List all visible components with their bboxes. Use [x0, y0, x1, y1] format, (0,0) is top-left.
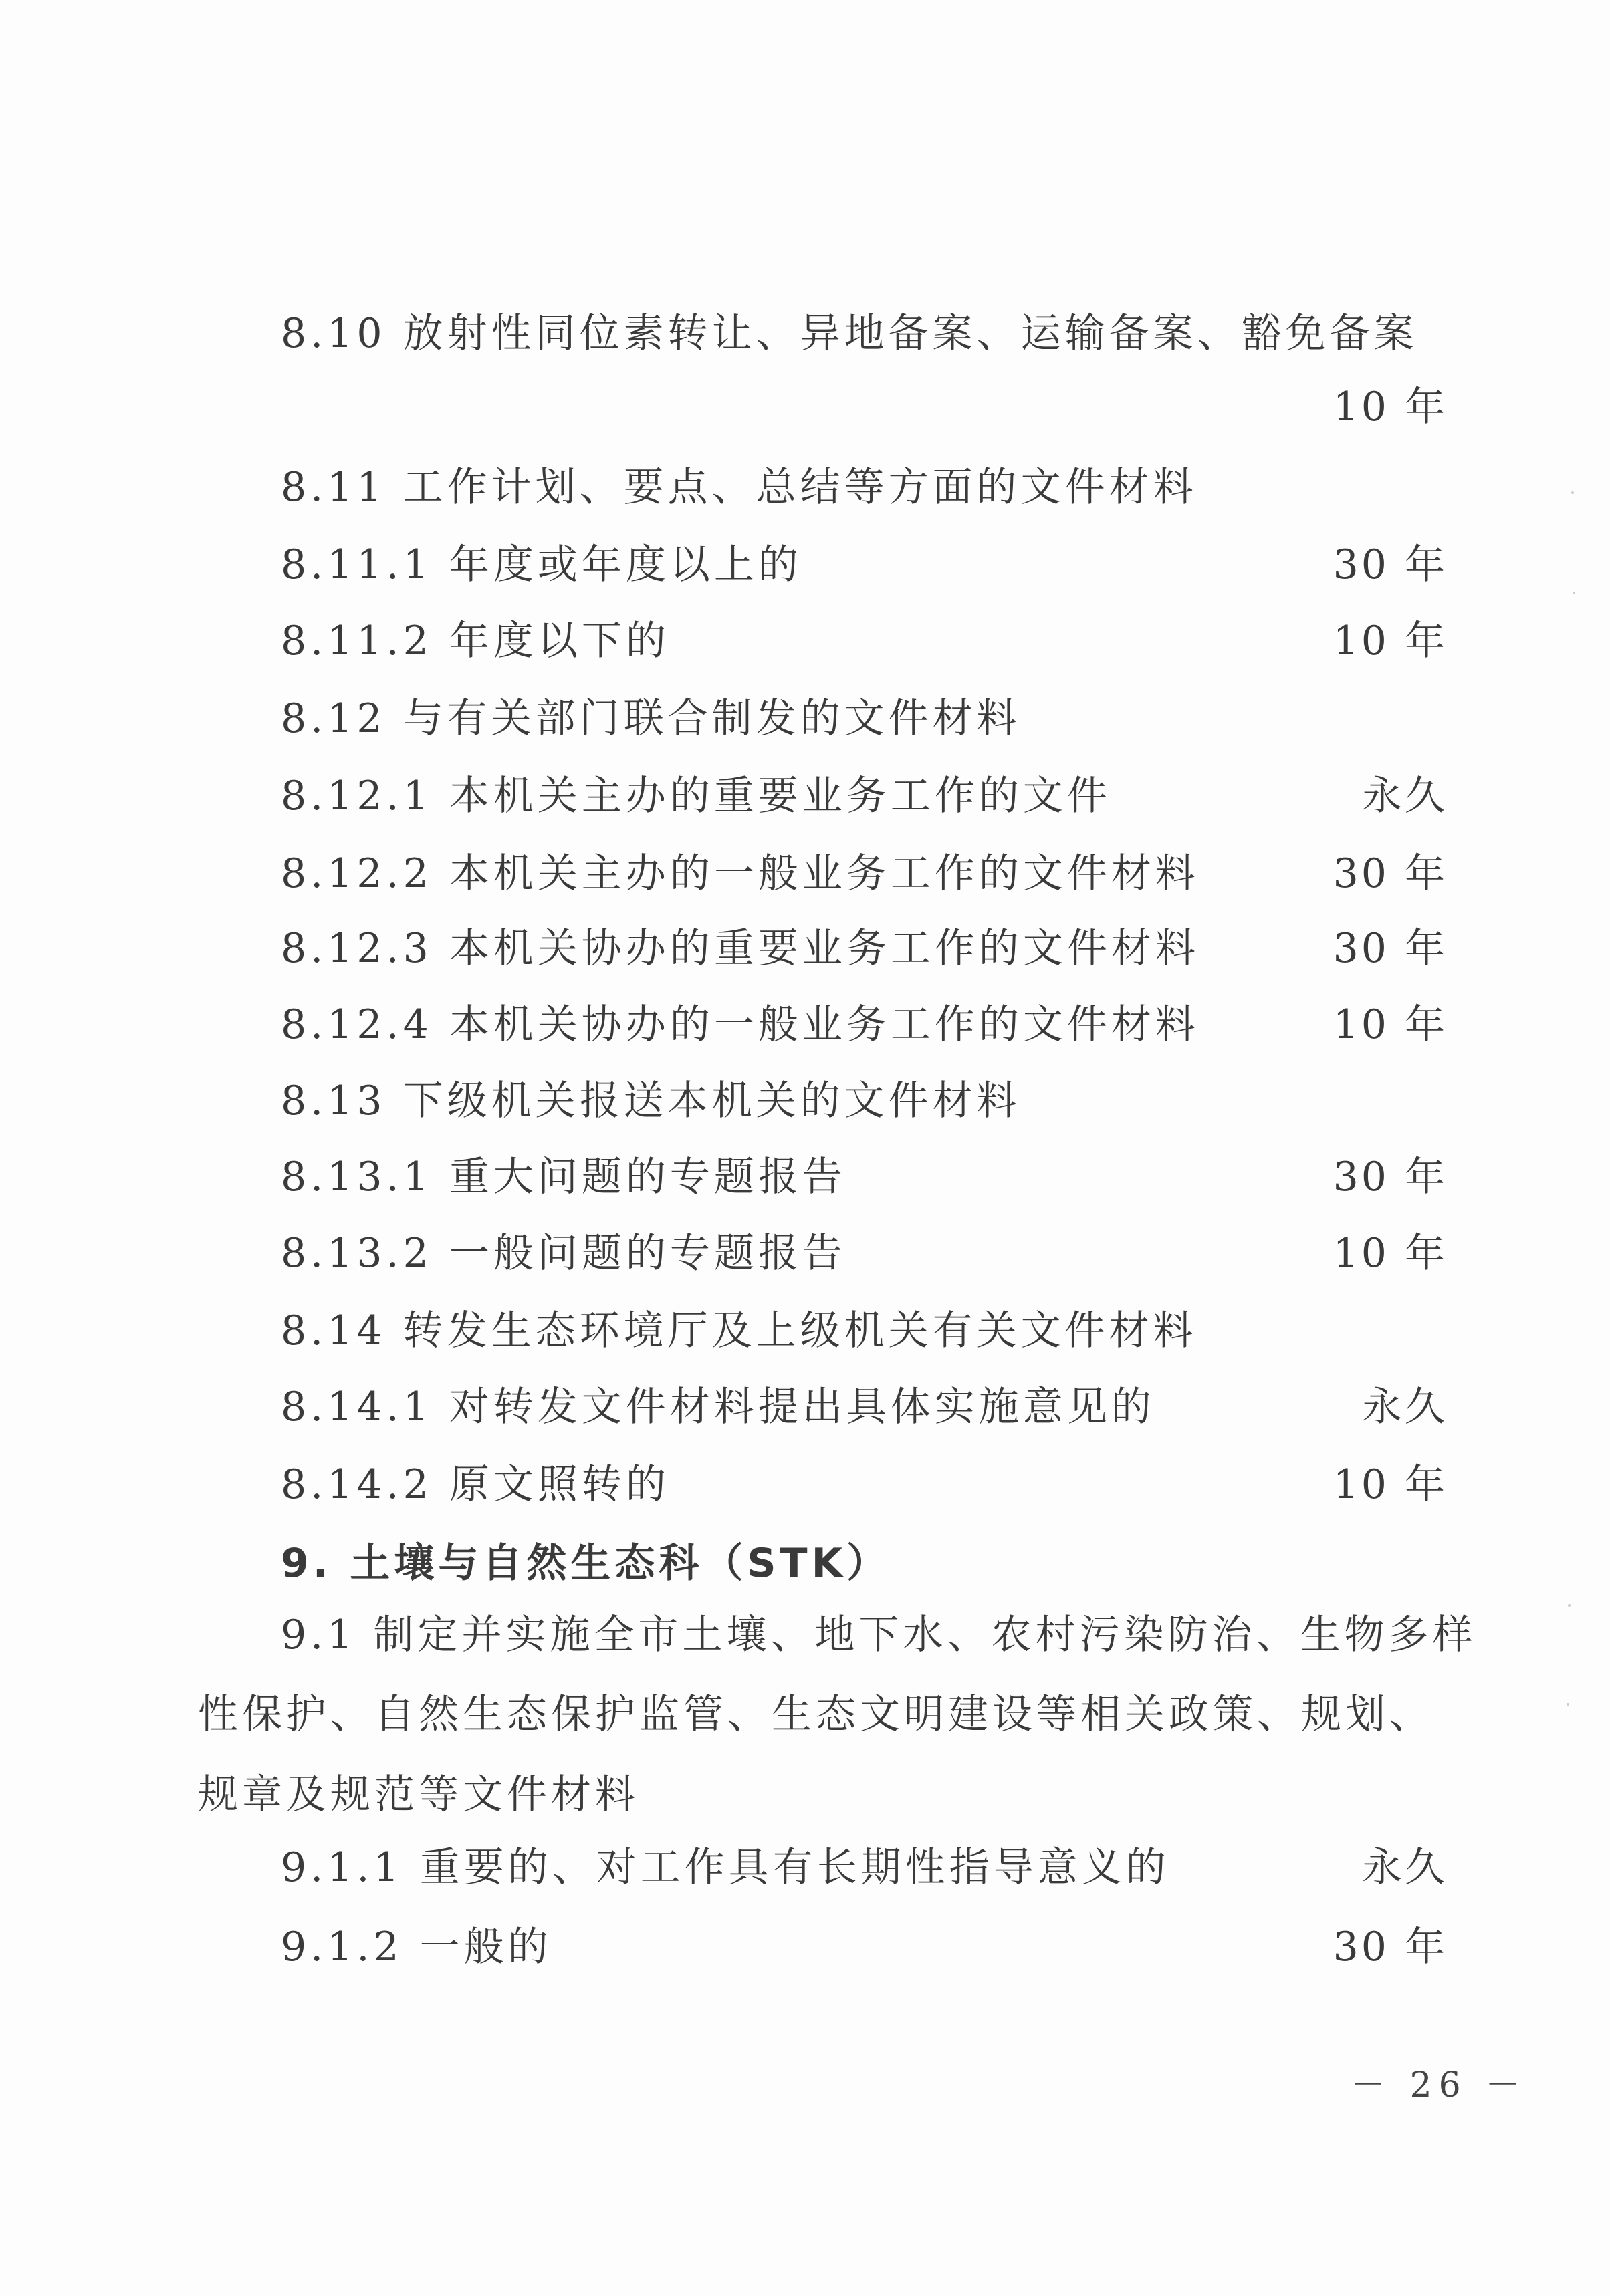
item-9-1-continuation: 规章及规范等文件材料	[0, 1761, 1610, 1828]
retention-period: 永久	[1362, 763, 1448, 830]
item-text: 9.1 制定并实施全市土壤、地下水、农村污染防治、生物多样	[281, 1602, 1477, 1668]
item-8-13-1: 8.13.1 重大问题的专题报告 30 年	[0, 1144, 1610, 1210]
retention-period: 30 年	[1333, 1914, 1448, 1981]
section-heading-9: 9. 土壤与自然生态科（STK）	[0, 1530, 1610, 1597]
item-text: 8.12.4 本机关协办的一般业务工作的文件材料	[281, 991, 1199, 1058]
item-text: 8.13.2 一般问题的专题报告	[281, 1220, 846, 1287]
item-text: 9.1.1 重要的、对工作具有长期性指导意义的	[281, 1834, 1170, 1901]
retention-period: 30 年	[1333, 531, 1448, 598]
item-text: 8.12.1 本机关主办的重要业务工作的文件	[281, 763, 1111, 830]
scan-speck	[1573, 592, 1575, 594]
retention-period: 10 年	[1333, 991, 1448, 1058]
item-text: 8.14 转发生态环境厅及上级机关有关文件材料	[281, 1297, 1197, 1364]
item-text: 8.12.2 本机关主办的一般业务工作的文件材料	[281, 840, 1199, 907]
item-text: 8.12 与有关部门联合制发的文件材料	[281, 685, 1021, 752]
item-text: 9.1.2 一般的	[281, 1914, 552, 1981]
item-8-13-2: 8.13.2 一般问题的专题报告 10 年	[0, 1220, 1610, 1287]
item-text: 8.11.2 年度以下的	[281, 608, 670, 674]
item-text: 规章及规范等文件材料	[198, 1761, 639, 1828]
item-9-1-2: 9.1.2 一般的 30 年	[0, 1914, 1610, 1981]
item-text: 8.14.2 原文照转的	[281, 1451, 670, 1518]
item-text: 8.13 下级机关报送本机关的文件材料	[281, 1067, 1021, 1134]
item-text: 8.11.1 年度或年度以上的	[281, 531, 802, 598]
item-text: 8.12.3 本机关协办的重要业务工作的文件材料	[281, 915, 1199, 982]
item-8-13: 8.13 下级机关报送本机关的文件材料	[0, 1067, 1610, 1134]
retention-period: 10 年	[1333, 1220, 1448, 1287]
page-number: － 26 －	[1351, 2052, 1526, 2119]
item-8-11-1: 8.11.1 年度或年度以上的 30 年	[0, 531, 1610, 598]
scan-speck	[1571, 491, 1574, 494]
item-8-12-4: 8.12.4 本机关协办的一般业务工作的文件材料 10 年	[0, 991, 1610, 1058]
section-title: 9. 土壤与自然生态科（STK）	[281, 1530, 891, 1597]
item-8-10: 8.10 放射性同位素转让、异地备案、运输备案、豁免备案	[0, 300, 1610, 367]
item-9-1-1: 9.1.1 重要的、对工作具有长期性指导意义的 永久	[0, 1834, 1610, 1901]
item-9-1: 9.1 制定并实施全市土壤、地下水、农村污染防治、生物多样	[0, 1602, 1610, 1668]
item-8-11-2: 8.11.2 年度以下的 10 年	[0, 608, 1610, 674]
item-8-11: 8.11 工作计划、要点、总结等方面的文件材料	[0, 454, 1610, 521]
item-text: 性保护、自然生态保护监管、生态文明建设等相关政策、规划、	[198, 1681, 1433, 1748]
item-8-12-1: 8.12.1 本机关主办的重要业务工作的文件 永久	[0, 763, 1610, 830]
item-8-14-2: 8.14.2 原文照转的 10 年	[0, 1451, 1610, 1518]
item-8-14-1: 8.14.1 对转发文件材料提出具体实施意见的 永久	[0, 1374, 1610, 1440]
retention-period: 30 年	[1333, 840, 1448, 907]
retention-period: 10 年	[1333, 608, 1448, 674]
item-8-12: 8.12 与有关部门联合制发的文件材料	[0, 685, 1610, 752]
scan-speck	[1568, 1604, 1571, 1607]
retention-period: 30 年	[1333, 915, 1448, 982]
retention-period: 10 年	[1333, 1451, 1448, 1518]
item-text: 8.14.1 对转发文件材料提出具体实施意见的	[281, 1374, 1155, 1440]
retention-period: 永久	[1362, 1834, 1448, 1901]
item-text: 8.13.1 重大问题的专题报告	[281, 1144, 846, 1210]
retention-period: 10 年	[1333, 374, 1448, 440]
item-text: 8.10 放射性同位素转让、异地备案、运输备案、豁免备案	[281, 300, 1418, 367]
retention-period: 30 年	[1333, 1144, 1448, 1210]
scan-speck	[1567, 1703, 1569, 1706]
item-8-12-3: 8.12.3 本机关协办的重要业务工作的文件材料 30 年	[0, 915, 1610, 982]
item-text: 8.11 工作计划、要点、总结等方面的文件材料	[281, 454, 1197, 521]
retention-period: 永久	[1362, 1374, 1448, 1440]
item-9-1-continuation: 性保护、自然生态保护监管、生态文明建设等相关政策、规划、	[0, 1681, 1610, 1748]
item-8-10-retention-row: 10 年	[0, 374, 1610, 440]
item-8-14: 8.14 转发生态环境厅及上级机关有关文件材料	[0, 1297, 1610, 1364]
item-8-12-2: 8.12.2 本机关主办的一般业务工作的文件材料 30 年	[0, 840, 1610, 907]
